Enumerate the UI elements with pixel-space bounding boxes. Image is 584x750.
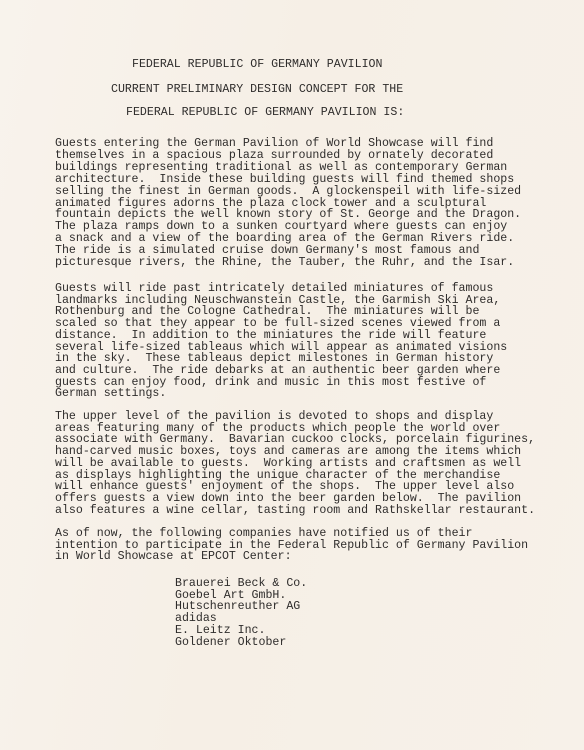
title-line-1: FEDERAL REPUBLIC OF GERMANY PAVILION [132,59,382,71]
document-page: FEDERAL REPUBLIC OF GERMANY PAVILION CUR… [0,0,584,750]
paragraph-entrance-plaza: Guests entering the German Pavilion of W… [55,138,521,269]
paragraph-line: will be available to guests. Working art… [55,458,535,470]
paragraph-line: The upper level of the pavilion is devot… [55,411,535,423]
paragraph-line: selling the finest in German goods. A gl… [55,186,521,198]
paragraph-line: architecture. Inside these building gues… [55,174,521,186]
paragraph-participating-companies-intro: As of now, the following companies have … [55,528,528,563]
company-list: Brauerei Beck & Co.Goebel Art GmbH.Hutsc… [175,578,307,648]
paragraph-line: and culture. The ride debarks at an auth… [55,365,507,377]
paragraph-line: Guests will ride past intricately detail… [55,283,507,295]
company-list-item: Brauerei Beck & Co. [175,578,307,590]
paragraph-line: buildings representing traditional as we… [55,162,521,174]
paragraph-line: distance. In addition to the miniatures … [55,330,507,342]
title-line-3: FEDERAL REPUBLIC OF GERMANY PAVILION IS: [126,107,404,119]
paragraph-line: also features a wine cellar, tasting roo… [55,505,535,517]
company-list-item: Goldener Oktober [175,637,307,649]
paragraph-line: As of now, the following companies have … [55,528,528,540]
company-list-item: E. Leitz Inc. [175,625,307,637]
paragraph-line: in World Showcase at EPCOT Center: [55,551,528,563]
paragraph-line: German settings. [55,388,507,400]
paragraph-line: picturesque rivers, the Rhine, the Taube… [55,257,521,269]
paragraph-ride-miniatures: Guests will ride past intricately detail… [55,283,507,400]
paragraph-upper-level-shops: The upper level of the pavilion is devot… [55,411,535,516]
paragraph-line: offers guests a view down into the beer … [55,493,535,505]
title-line-2: CURRENT PRELIMINARY DESIGN CONCEPT FOR T… [111,84,403,96]
